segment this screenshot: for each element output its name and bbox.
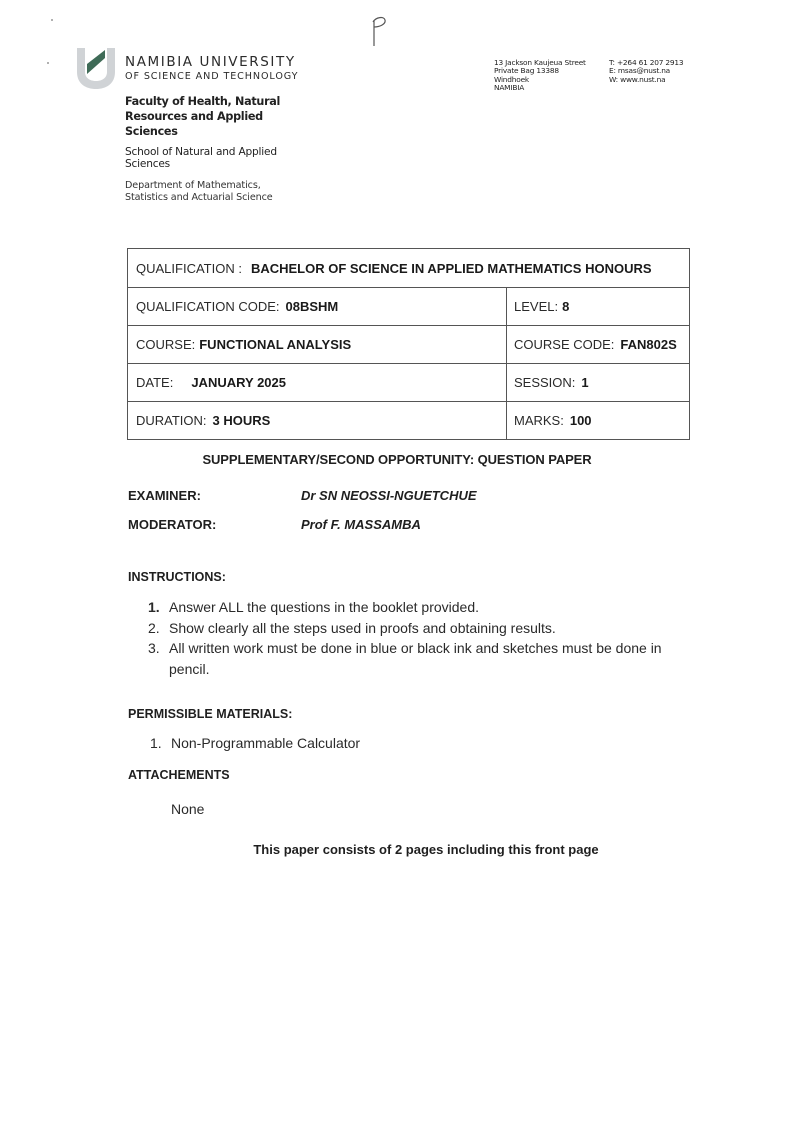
cell-value: 8 [562, 299, 569, 314]
duration-cell: DURATION:3 HOURS [136, 402, 270, 439]
attachments-value: None [171, 801, 204, 817]
item-number: 2. [148, 620, 169, 636]
school-line: School of Natural and Applied [125, 146, 325, 158]
course-code-cell: COURSE CODE:FAN802S [514, 326, 677, 363]
school-line: Sciences [125, 158, 325, 170]
course-cell: COURSE:FUNCTIONAL ANALYSIS [136, 326, 351, 363]
cell-label: SESSION: [514, 375, 575, 390]
cell-label: DATE: [136, 375, 173, 390]
item-number: 3. [148, 640, 169, 656]
instruction-item: 3.All written work must be done in blue … [148, 640, 662, 656]
attachments-heading: ATTACHEMENTS [128, 768, 230, 782]
cell-label: COURSE: [136, 337, 195, 352]
qualification-value: BACHELOR OF SCIENCE IN APPLIED MATHEMATI… [251, 261, 652, 276]
cell-label: DURATION: [136, 413, 207, 428]
university-subtitle: OF SCIENCE AND TECHNOLOGY [125, 71, 298, 82]
instructions-heading: INSTRUCTIONS: [128, 570, 226, 584]
date-cell: DATE:JANUARY 2025 [136, 364, 286, 401]
exam-info-table: QUALIFICATION : BACHELOR OF SCIENCE IN A… [127, 248, 690, 440]
school-name: School of Natural and Applied Sciences [125, 146, 325, 170]
faculty-line: Resources and Applied [125, 109, 325, 124]
postal-address: 13 Jackson Kaujeua Street Private Bag 13… [494, 59, 586, 93]
material-item: 1.Non-Programmable Calculator [150, 735, 360, 751]
scan-speck [51, 19, 53, 21]
instruction-item: 1.Answer ALL the questions in the bookle… [148, 599, 479, 615]
cell-value: FAN802S [620, 337, 676, 352]
examiner-name: Dr SN NEOSSI-NGUETCHUE [301, 488, 477, 503]
item-number: 1. [148, 599, 169, 615]
qualification-cell: QUALIFICATION : BACHELOR OF SCIENCE IN A… [136, 249, 652, 287]
contact-website: W: www.nust.na [609, 76, 683, 84]
department-name: Department of Mathematics, Statistics an… [125, 180, 325, 204]
table-row-qualification: QUALIFICATION : BACHELOR OF SCIENCE IN A… [128, 249, 689, 287]
paper-type-heading: SUPPLEMENTARY/SECOND OPPORTUNITY: QUESTI… [0, 452, 794, 467]
moderator-label: MODERATOR: [128, 517, 216, 532]
item-number: 1. [150, 735, 171, 751]
examiner-label: EXAMINER: [128, 488, 201, 503]
cell-label: LEVEL: [514, 299, 558, 314]
address-line: NAMIBIA [494, 84, 586, 92]
page-count-note: This paper consists of 2 pages including… [0, 842, 794, 857]
cell-value: 100 [570, 413, 592, 428]
qualification-label: QUALIFICATION : [136, 261, 242, 276]
cell-value: 3 HOURS [213, 413, 271, 428]
faculty-line: Sciences [125, 124, 325, 139]
item-text: Non-Programmable Calculator [171, 735, 360, 751]
handwritten-p-mark [370, 14, 394, 48]
faculty-line: Faculty of Health, Natural [125, 94, 325, 109]
faculty-name: Faculty of Health, Natural Resources and… [125, 94, 325, 139]
table-row: DATE:JANUARY 2025 SESSION:1 [128, 363, 689, 401]
item-text: Show clearly all the steps used in proof… [169, 620, 556, 636]
marks-cell: MARKS:100 [514, 402, 592, 439]
permissible-materials-heading: PERMISSIBLE MATERIALS: [128, 707, 292, 721]
department-line: Statistics and Actuarial Science [125, 192, 325, 204]
cell-label: COURSE CODE: [514, 337, 614, 352]
item-text: All written work must be done in blue or… [169, 640, 662, 656]
department-line: Department of Mathematics, [125, 180, 325, 192]
moderator-name: Prof F. MASSAMBA [301, 517, 421, 532]
cell-label: QUALIFICATION CODE: [136, 299, 280, 314]
table-row: DURATION:3 HOURS MARKS:100 [128, 401, 689, 439]
scan-speck [47, 62, 49, 64]
instruction-item: 2.Show clearly all the steps used in pro… [148, 620, 556, 636]
table-row: QUALIFICATION CODE:08BSHM LEVEL:8 [128, 287, 689, 325]
university-name: NAMIBIA UNIVERSITY [125, 54, 296, 70]
cell-value: 1 [581, 375, 588, 390]
cell-value: FUNCTIONAL ANALYSIS [199, 337, 351, 352]
nust-logo-icon [74, 44, 118, 90]
qualification-code-cell: QUALIFICATION CODE:08BSHM [136, 288, 338, 325]
cell-value: JANUARY 2025 [191, 375, 286, 390]
cell-value: 08BSHM [286, 299, 339, 314]
item-text: Answer ALL the questions in the booklet … [169, 599, 479, 615]
session-cell: SESSION:1 [514, 364, 589, 401]
table-row: COURSE:FUNCTIONAL ANALYSIS COURSE CODE:F… [128, 325, 689, 363]
contact-details: T: +264 61 207 2913 E: msas@nust.na W: w… [609, 59, 683, 84]
cell-label: MARKS: [514, 413, 564, 428]
instruction-item-continuation: pencil. [169, 661, 209, 677]
level-cell: LEVEL:8 [514, 288, 569, 325]
